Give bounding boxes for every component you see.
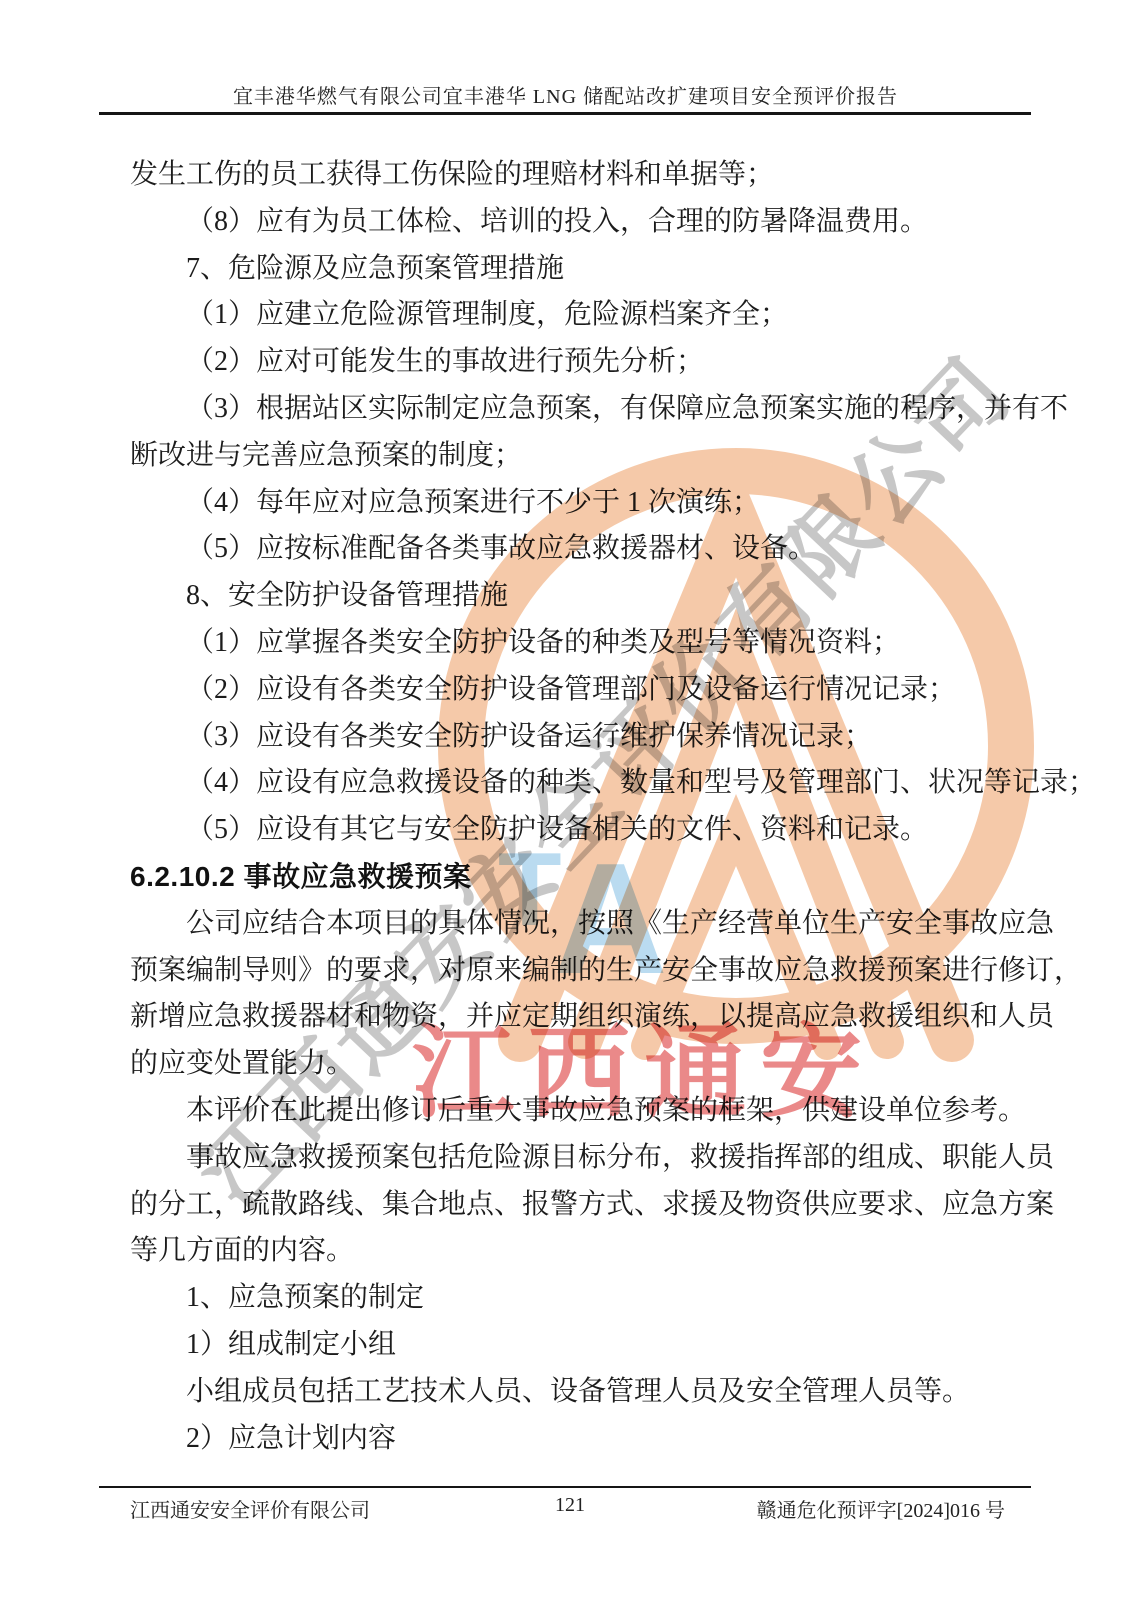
footer-rule — [99, 1486, 1031, 1488]
body-line: （1）应建立危险源管理制度，危险源档案齐全； — [130, 292, 1010, 339]
body-line: （3）根据站区实际制定应急预案，有保障应急预案实施的程序，并有不 — [130, 386, 1010, 433]
body-line: 1、应急预案的制定 — [130, 1275, 1010, 1322]
body-line: （1）应掌握各类安全防护设备的种类及型号等情况资料； — [130, 620, 1010, 667]
body-line: （5）应设有其它与安全防护设备相关的文件、资料和记录。 — [130, 807, 1010, 854]
body-text: 发生工伤的员工获得工伤保险的理赔材料和单据等；（8）应有为员工体检、培训的投入，… — [130, 152, 1010, 1462]
body-line: 7、危险源及应急预案管理措施 — [130, 246, 1010, 293]
body-line: 新增应急救援器材和物资，并应定期组织演练，以提高应急救援组织和人员 — [130, 994, 1010, 1041]
body-line: 断改进与完善应急预案的制度； — [130, 433, 1010, 480]
body-line: 公司应结合本项目的具体情况，按照《生产经营单位生产安全事故应急 — [130, 901, 1010, 948]
body-line: 本评价在此提出修订后重大事故应急预案的框架，供建设单位参考。 — [130, 1088, 1010, 1135]
report-page: 宜丰港华燃气有限公司宜丰港华 LNG 储配站改扩建项目安全预评价报告 发生工伤的… — [0, 0, 1131, 1600]
body-line: 预案编制导则》的要求，对原来编制的生产安全事故应急救援预案进行修订， — [130, 948, 1010, 995]
section-heading: 6.2.10.2 事故应急救援预案 — [130, 854, 1010, 901]
body-line: 的分工，疏散路线、集合地点、报警方式、求援及物资供应要求、应急方案 — [130, 1182, 1010, 1229]
body-line: 8、安全防护设备管理措施 — [130, 573, 1010, 620]
body-line: （4）每年应对应急预案进行不少于 1 次演练； — [130, 480, 1010, 527]
body-line: （4）应设有应急救援设备的种类、数量和型号及管理部门、状况等记录； — [130, 760, 1010, 807]
body-line: 事故应急救援预案包括危险源目标分布，救援指挥部的组成、职能人员 — [130, 1135, 1010, 1182]
body-line: 小组成员包括工艺技术人员、设备管理人员及安全管理人员等。 — [130, 1369, 1010, 1416]
header-rule — [99, 112, 1031, 115]
body-line: 2）应急计划内容 — [130, 1416, 1010, 1463]
body-line: 的应变处置能力。 — [130, 1041, 1010, 1088]
body-line: （2）应对可能发生的事故进行预先分析； — [130, 339, 1010, 386]
body-line: （2）应设有各类安全防护设备管理部门及设备运行情况记录； — [130, 667, 1010, 714]
page-header-title: 宜丰港华燃气有限公司宜丰港华 LNG 储配站改扩建项目安全预评价报告 — [0, 80, 1131, 109]
body-line: （8）应有为员工体检、培训的投入，合理的防暑降温费用。 — [130, 199, 1010, 246]
body-line: （5）应按标准配备各类事故应急救援器材、设备。 — [130, 526, 1010, 573]
body-line: 1）组成制定小组 — [130, 1322, 1010, 1369]
body-line: （3）应设有各类安全防护设备运行维护保养情况记录； — [130, 714, 1010, 761]
body-line: 等几方面的内容。 — [130, 1228, 1010, 1275]
body-line: 发生工伤的员工获得工伤保险的理赔材料和单据等； — [130, 152, 1010, 199]
footer-doc-number: 赣通危化预评字[2024]016 号 — [757, 1494, 1005, 1523]
